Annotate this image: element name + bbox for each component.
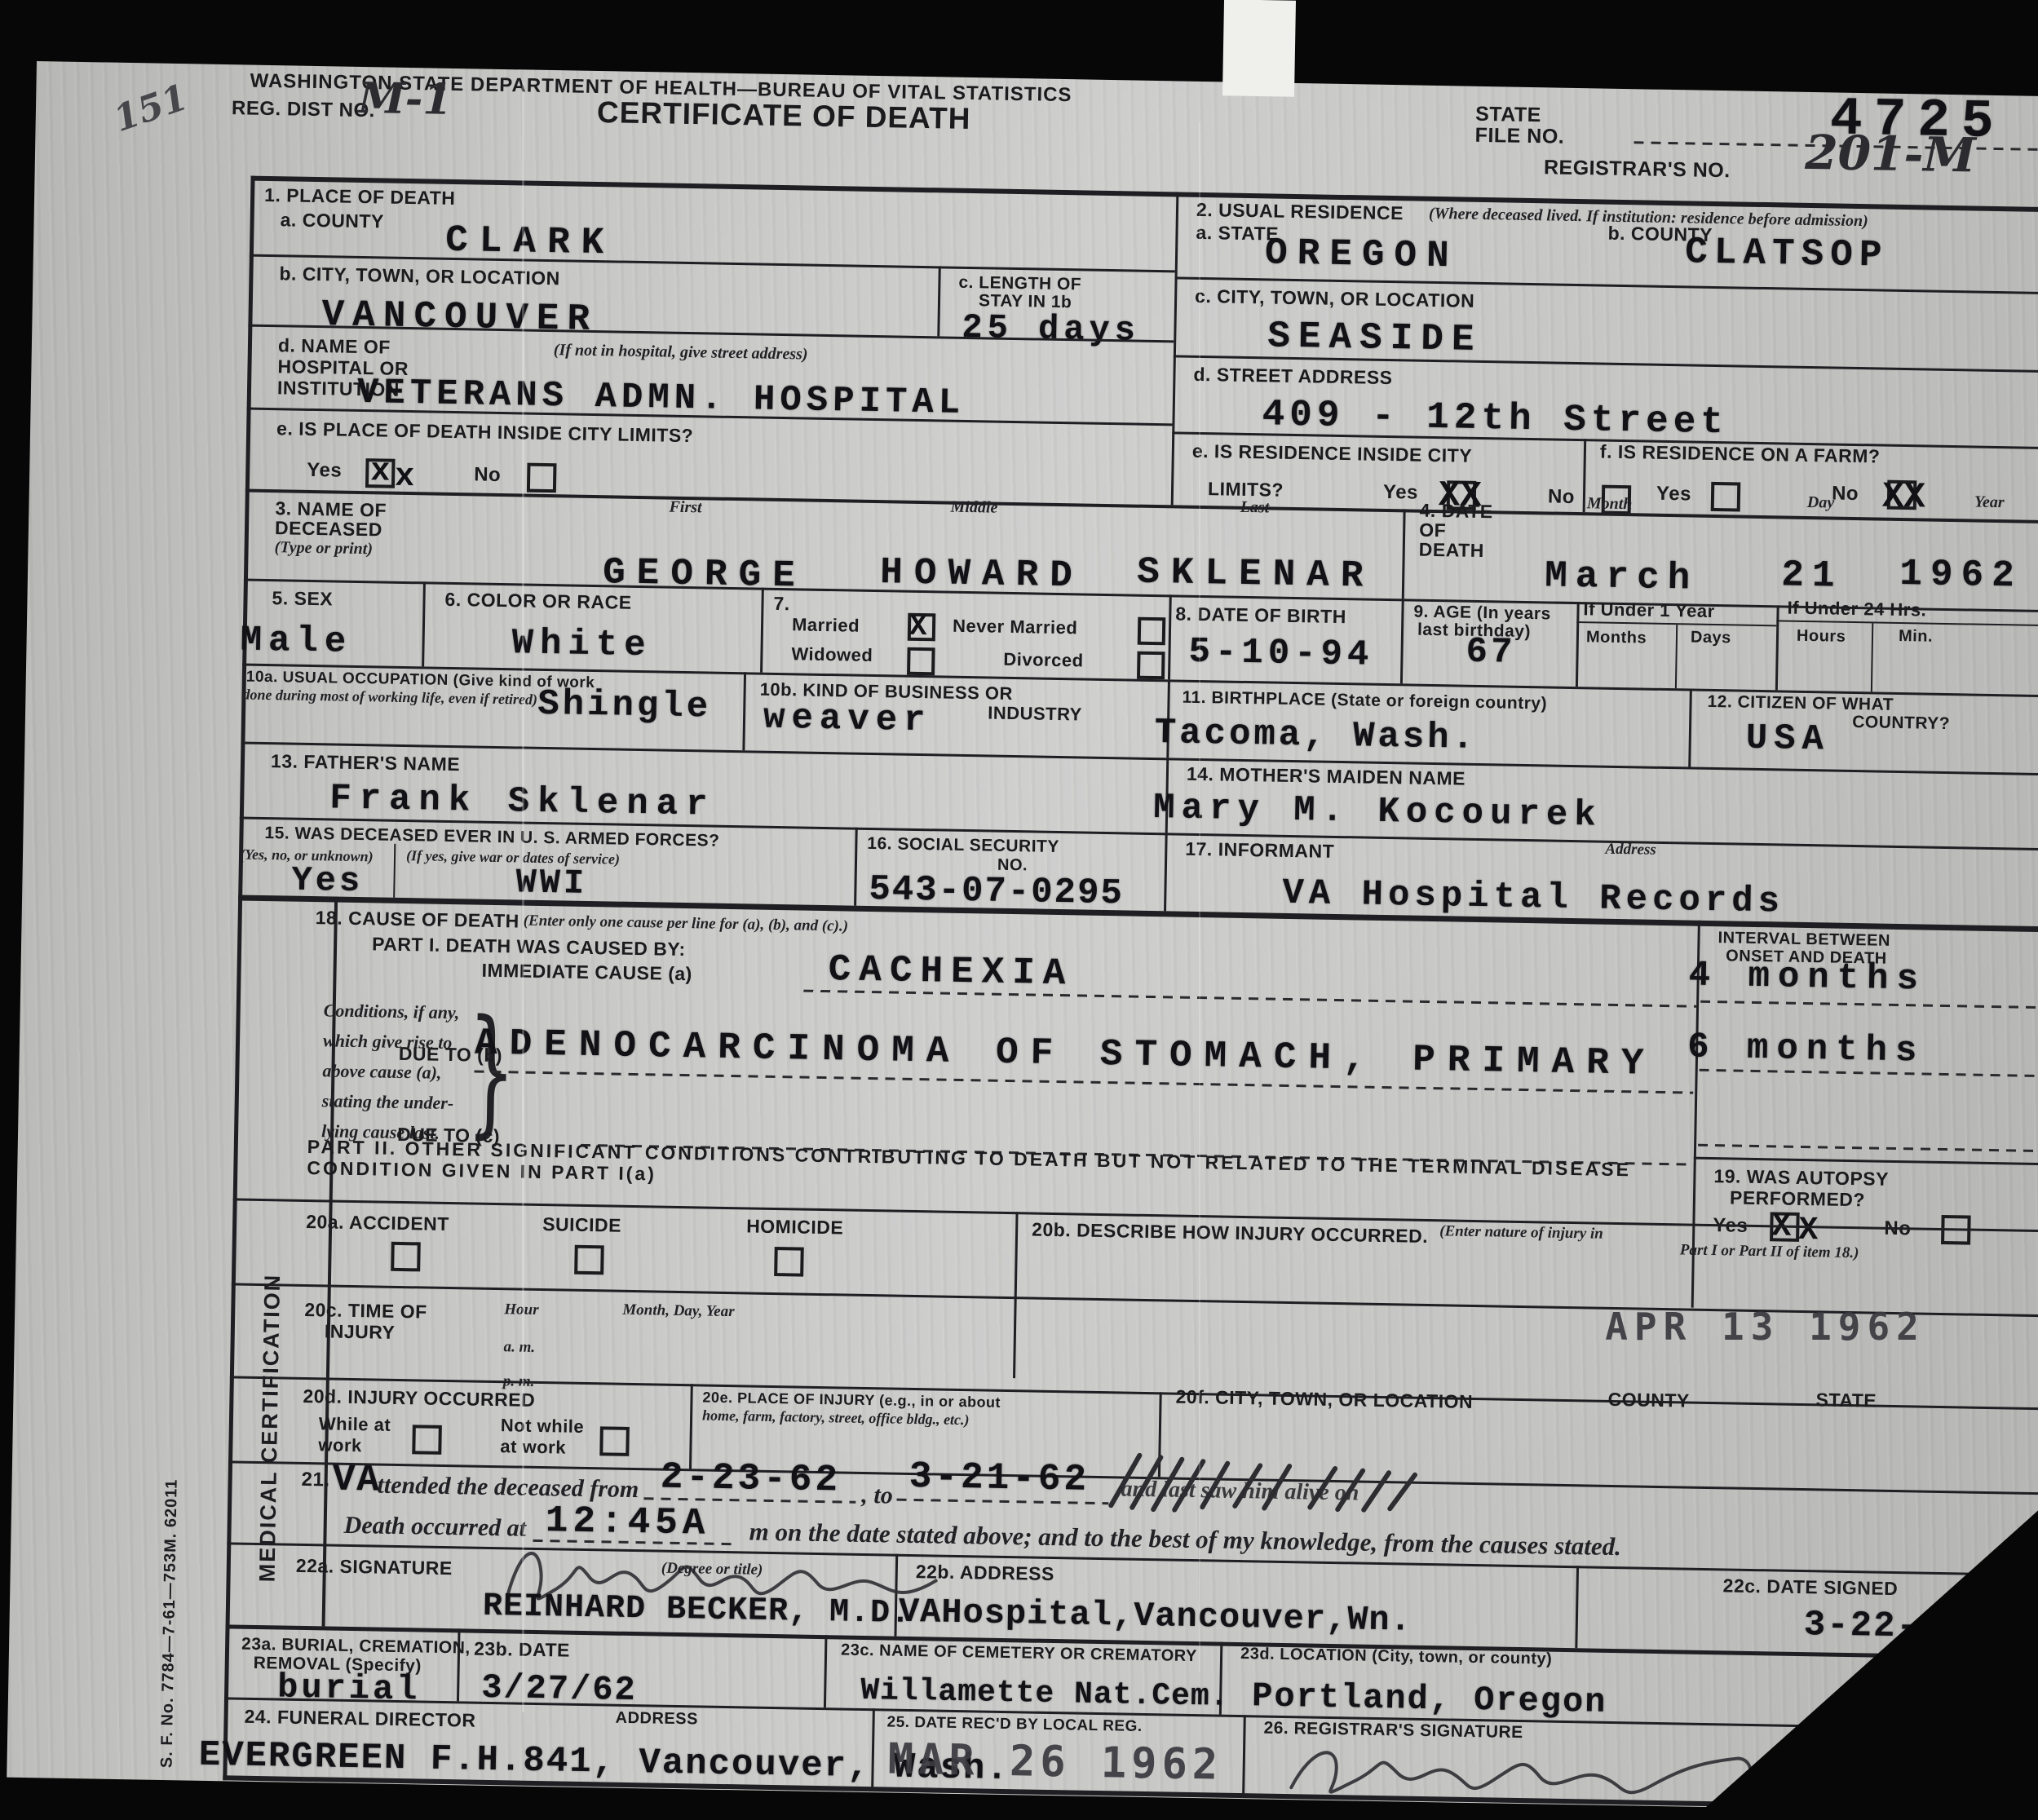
divider	[245, 489, 2038, 525]
divider	[223, 176, 254, 1781]
race-value: White	[511, 625, 652, 664]
industry-label-2: INDUSTRY	[988, 702, 1082, 725]
armed-forces-value: Yes	[291, 864, 363, 899]
location-value: Portland, Oregon	[1252, 1679, 1607, 1720]
city-label: b. CITY, TOWN, OR LOCATION	[279, 263, 560, 289]
hospital-label-1: d. NAME OF	[278, 334, 391, 358]
sex-value: Male	[240, 622, 352, 660]
time-of-injury-label-2: INJURY	[325, 1320, 396, 1344]
birthplace-value: Tacoma, Wash.	[1154, 715, 1477, 757]
divider	[803, 990, 1696, 1008]
autopsy-label-2: PERFORMED?	[1730, 1186, 1865, 1211]
mar-date-stamp: MAR 26 1962	[887, 1735, 1222, 1790]
name-of-deceased-label-3: (Type or print)	[274, 538, 373, 559]
attended-from-value: 2-23-62	[660, 1459, 841, 1500]
yes-checkbox-mark: x	[370, 453, 391, 490]
attended-typed-va: VA	[332, 1461, 381, 1500]
date-received-label: 25. DATE REC'D BY LOCAL REG.	[886, 1714, 1142, 1736]
describe-injury-label: 20b. DESCRIBE HOW INJURY OCCURRED.	[1032, 1219, 1428, 1248]
res-no-label: No	[1548, 485, 1575, 509]
usual-residence-title: 2. USUAL RESIDENCE	[1196, 199, 1404, 224]
divider	[1776, 620, 2038, 627]
informant-address-label: Address	[1605, 841, 1656, 859]
immediate-cause-value: CACHEXIA	[828, 951, 1074, 992]
divider	[422, 581, 426, 666]
reg-dist-label: REG. DIST NO.	[232, 97, 375, 122]
signature-label: 22a. SIGNATURE	[296, 1555, 453, 1579]
farm-label: f. IS RESIDENCE ON A FARM?	[1600, 441, 1881, 468]
dob-label: 8. DATE OF BIRTH	[1175, 603, 1346, 628]
divider	[1871, 623, 1873, 691]
date-signed-value: 3-22-62	[1803, 1607, 1966, 1646]
farm-no-label: No	[1832, 482, 1859, 506]
divider	[1675, 625, 1678, 688]
homicide-label: HOMICIDE	[746, 1215, 843, 1239]
street-label: d. STREET ADDRESS	[1193, 364, 1392, 389]
degree-or-title-hint: (Degree or title)	[661, 1560, 763, 1579]
injury-state-label: STATE	[1815, 1389, 1877, 1411]
date-signed-label: 22c. DATE SIGNED	[1722, 1575, 1898, 1600]
middle-name-value: HOWARD	[880, 554, 1084, 594]
married-mark: X	[909, 610, 927, 643]
address-22b-value: VAHospital,Vancouver,Wn.	[899, 1595, 1412, 1638]
divider	[937, 266, 941, 336]
yes-typed-mark: x	[395, 459, 415, 496]
cemetery-label: 23c. NAME OF CEMETERY OR CREMATORY	[841, 1641, 1197, 1667]
immediate-cause-label: IMMEDIATE CAUSE (a)	[481, 960, 692, 986]
middle-header: Middle	[950, 498, 997, 518]
form-number-sidebar: S. F. No. 7784—7-61—753M. 62011	[157, 1230, 186, 1768]
farm-yes-label: Yes	[1656, 483, 1691, 506]
divider	[1576, 602, 1580, 687]
injury-city-label: 20f. CITY, TOWN, OR LOCATION	[1175, 1386, 1473, 1413]
describe-injury-hint-1: (Enter nature of injury in	[1439, 1222, 1603, 1243]
conditions-note-4: stating the under-	[322, 1090, 454, 1114]
death-month-value: March	[1545, 557, 1699, 597]
homicide-checkbox	[774, 1247, 804, 1277]
injury-occurred-label: 20d. INJURY OCCURRED	[303, 1385, 535, 1411]
age-value: 67	[1466, 634, 1516, 671]
margin-number: 151	[108, 77, 192, 140]
divider	[1688, 688, 1692, 766]
min-label: Min.	[1899, 627, 1933, 647]
divider	[1775, 605, 1779, 690]
county-label: a. COUNTY	[280, 209, 384, 232]
death-year-value: 1962	[1899, 555, 2023, 595]
burial-date-label: 23b. DATE	[474, 1638, 570, 1662]
divider	[760, 588, 764, 673]
divider	[854, 828, 858, 906]
apr-date-stamp: APR 13 1962	[1605, 1305, 1925, 1349]
year-header: Year	[1974, 493, 2005, 513]
inside-city-label: e. IS PLACE OF DEATH INSIDE CITY LIMITS?	[276, 417, 694, 447]
attended-printed-1: ttended the deceased from	[377, 1472, 639, 1504]
funeral-director-label: 24. FUNERAL DIRECTOR	[244, 1706, 475, 1732]
place-of-death-title: 1. PLACE OF DEATH	[264, 184, 456, 210]
divider	[1164, 833, 1168, 911]
ssn-label-1: 16. SOCIAL SECURITY	[867, 834, 1059, 857]
divider	[1583, 439, 1587, 512]
injury-county-label: COUNTY	[1607, 1389, 1690, 1412]
divider	[1168, 594, 1172, 679]
hour-label: Hour	[504, 1301, 539, 1319]
accident-checkbox	[391, 1242, 421, 1272]
under-24-hrs-label: If Under 24 Hrs.	[1787, 598, 1926, 621]
death-certificate-scan: 151 S. F. No. 7784—7-61—753M. 62011 MEDI…	[7, 61, 2038, 1813]
never-married-label: Never Married	[953, 616, 1078, 639]
divider	[824, 1635, 828, 1707]
last-header: Last	[1240, 498, 1269, 518]
residence-city-label: c. CITY, TOWN, OR LOCATION	[1195, 285, 1475, 312]
marital-number: 7.	[773, 593, 790, 615]
attended-printed-2: , to	[861, 1482, 893, 1510]
no-checkbox	[527, 463, 557, 493]
day-header: Day	[1807, 493, 1835, 513]
address-22b-label: 22b. ADDRESS	[916, 1561, 1054, 1585]
hours-label: Hours	[1797, 627, 1846, 647]
never-married-checkbox	[1138, 617, 1166, 646]
part1-label: PART I. DEATH WAS CAUSED BY:	[372, 933, 686, 961]
divider	[393, 844, 396, 898]
res-inside-city-label-1: e. IS RESIDENCE INSIDE CITY	[1192, 440, 1473, 467]
not-at-work-label-1: Not while	[501, 1415, 585, 1438]
citizen-label-2: COUNTRY?	[1852, 713, 1950, 734]
occupation-value: Shingle	[537, 687, 712, 726]
suicide-label: SUICIDE	[542, 1213, 621, 1237]
citizen-label-1: 12. CITIZEN OF WHAT	[1707, 692, 1894, 715]
date-of-death-label-3: DEATH	[1419, 539, 1484, 562]
while-at-work-label-2: work	[318, 1434, 362, 1456]
industry-value: weaver	[763, 700, 932, 740]
residence-county-value: CLATSOP	[1685, 233, 1889, 274]
first-header: First	[669, 498, 701, 518]
divider	[1698, 1144, 2038, 1153]
interval-a-value: 4 months	[1688, 958, 1926, 998]
suicide-checkbox	[574, 1245, 604, 1275]
informant-label: 17. INFORMANT	[1185, 838, 1334, 863]
mother-name-value: Mary M. Kocourek	[1153, 790, 1603, 834]
hospital-hint: (If not in hospital, give street address…	[554, 341, 808, 364]
widowed-checkbox	[907, 647, 935, 676]
month-day-year-label: Month, Day, Year	[622, 1301, 735, 1321]
death-day-value: 21	[1781, 556, 1843, 594]
farm-yes-checkbox	[1711, 482, 1741, 512]
divider	[1575, 1566, 1579, 1648]
county-value: CLARK	[445, 222, 616, 263]
cause-of-death-hint: (Enter only one cause per line for (a), …	[523, 912, 848, 936]
divider	[1171, 192, 1179, 505]
stay-value: 25 days	[962, 311, 1140, 348]
accident-label: 20a. ACCIDENT	[306, 1211, 449, 1235]
armed-forces-war-value: WWI	[515, 865, 587, 901]
not-at-work-checkbox	[599, 1426, 630, 1456]
mother-name-label: 14. MOTHER'S MAIDEN NAME	[1187, 763, 1466, 790]
name-of-deceased-label-2: DECEASED	[275, 517, 382, 541]
city-value: VANCOUVER	[321, 296, 598, 338]
scribble-overlay	[1104, 1448, 1448, 1519]
divider	[742, 672, 746, 750]
divider	[1694, 1157, 2038, 1166]
registrar-no-label: REGISTRAR'S NO.	[1544, 156, 1731, 183]
informant-value: VA Hospital Records	[1282, 876, 1784, 921]
under-1-year-label: If Under 1 Year	[1583, 599, 1715, 622]
divorced-label: Divorced	[1003, 649, 1084, 672]
divider	[1013, 1212, 1019, 1378]
residence-city-value: SEASIDE	[1267, 317, 1483, 359]
residence-state-value: OREGON	[1265, 234, 1459, 275]
conditions-note-1: Conditions, if any,	[324, 1000, 460, 1023]
month-header: Month	[1587, 494, 1633, 514]
divorced-checkbox	[1137, 652, 1165, 680]
divider	[1400, 599, 1404, 683]
interval-b-value: 6 months	[1687, 1030, 1925, 1070]
registrar-no-value: 201-M	[1805, 125, 1976, 183]
res-yes-label: Yes	[1383, 481, 1418, 505]
while-at-work-checkbox	[412, 1425, 442, 1455]
divider	[1402, 509, 1406, 599]
while-at-work-label-1: While at	[319, 1413, 391, 1436]
farm-no-mark: XX	[1882, 477, 1926, 519]
widowed-label: Widowed	[791, 643, 873, 666]
dob-value: 5-10-94	[1188, 634, 1374, 674]
citizen-value: USA	[1745, 721, 1830, 758]
no-label: No	[474, 463, 501, 487]
place-of-injury-label-2: home, farm, factory, street, office bldg…	[702, 1407, 970, 1429]
cause-of-death-label: 18. CAUSE OF DEATH	[315, 907, 519, 932]
certificate-title: CERTIFICATE OF DEATH	[597, 95, 971, 136]
attended-number: 21.	[301, 1469, 329, 1492]
married-label: Married	[792, 614, 860, 636]
am-label: a. m.	[503, 1338, 535, 1357]
location-state-hint: (State)	[1930, 1649, 1972, 1668]
state-file-label-2: FILE NO.	[1474, 124, 1564, 149]
signature-typed-name: REINHARD BECKER, M.D.	[483, 1591, 912, 1631]
yes-label: Yes	[307, 459, 342, 483]
father-name-value: Frank Sklenar	[329, 780, 716, 823]
birthplace-label: 11. BIRTHPLACE (State or foreign country…	[1182, 688, 1547, 714]
medical-certification-side-label: MEDICAL CERTIFICATION	[254, 946, 291, 1582]
sex-label: 5. SEX	[272, 587, 333, 610]
describe-injury-hint-2: Part I or Part II of item 18.)	[1680, 1241, 1859, 1262]
divider	[250, 176, 2038, 214]
funeral-address-label: ADDRESS	[615, 1709, 698, 1729]
reg-dist-value: M-1	[358, 73, 453, 125]
divider	[1700, 1001, 2038, 1009]
time-of-injury-label-1: 20c. TIME OF	[304, 1299, 427, 1323]
registrar-signature	[1279, 1730, 1769, 1812]
race-label: 6. COLOR OR RACE	[444, 589, 632, 614]
not-at-work-label-2: at work	[500, 1436, 566, 1458]
father-name-label: 13. FATHER'S NAME	[271, 750, 461, 775]
cemetery-value: Willamette Nat.Cem.	[860, 1676, 1230, 1713]
months-label: Months	[1586, 628, 1647, 647]
divider	[1242, 1715, 1246, 1795]
attended-to-value: 3-21-62	[908, 1458, 1090, 1499]
last-name-value: SKLENAR	[1137, 554, 1375, 595]
days-label: Days	[1691, 629, 1731, 648]
